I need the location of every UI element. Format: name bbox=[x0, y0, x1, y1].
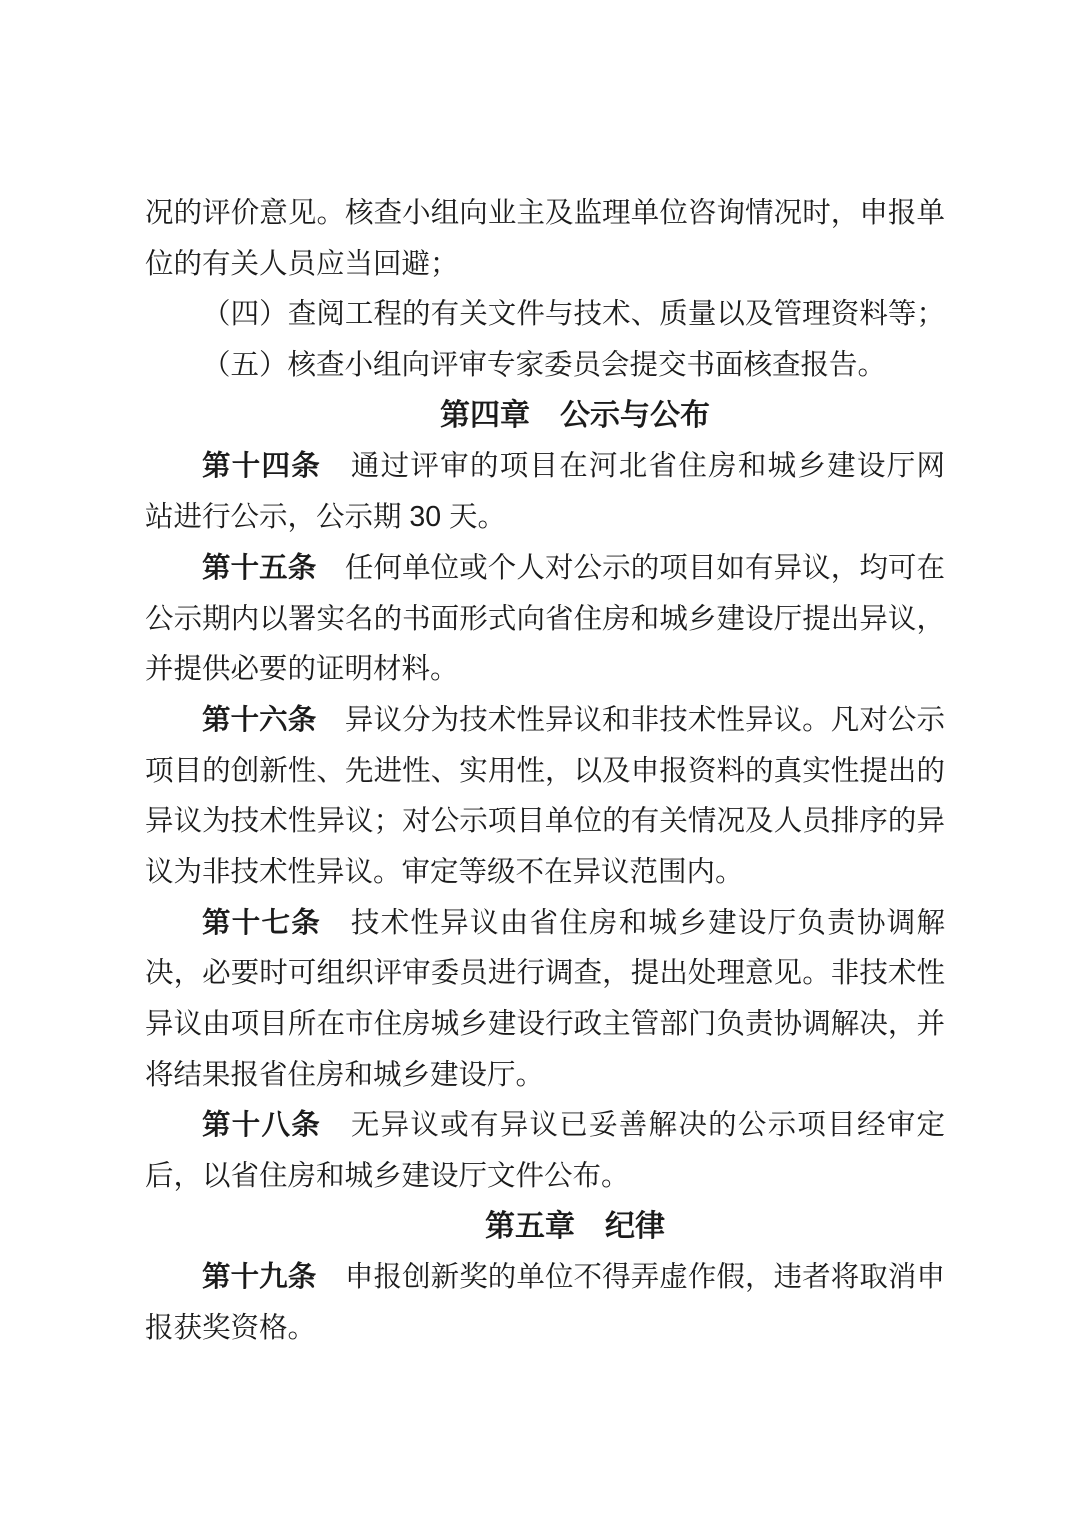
document-body: 况的评价意见。核查小组向业主及监理单位咨询情况时，申报单 位的有关人员应当回避；… bbox=[145, 188, 945, 1354]
doc-line: 公示期内以署实名的书面形式向省住房和城乡建设厅提出异议， bbox=[145, 594, 945, 645]
doc-line-item-4: （四）查阅工程的有关文件与技术、质量以及管理资料等； bbox=[145, 289, 945, 340]
doc-line-article-17: 第十七条 技术性异议由省住房和城乡建设厅负责协调解 bbox=[145, 898, 945, 949]
doc-line: 位的有关人员应当回避； bbox=[145, 239, 945, 290]
doc-line-article-15: 第十五条 任何单位或个人对公示的项目如有异议，均可在 bbox=[145, 543, 945, 594]
article-14-number: 第十四条 bbox=[202, 450, 321, 482]
chapter-heading-4: 第四章 公示与公布 bbox=[145, 391, 945, 442]
doc-line: 议为非技术性异议。审定等级不在异议范围内。 bbox=[145, 847, 945, 898]
doc-line-article-19: 第十九条 申报创新奖的单位不得弄虚作假，违者将取消申 bbox=[145, 1252, 945, 1303]
doc-line: 况的评价意见。核查小组向业主及监理单位咨询情况时，申报单 bbox=[145, 188, 945, 239]
article-17-number: 第十七条 bbox=[202, 907, 321, 939]
doc-line-item-5: （五）核查小组向评审专家委员会提交书面核查报告。 bbox=[145, 340, 945, 391]
doc-line: 将结果报省住房和城乡建设厅。 bbox=[145, 1050, 945, 1101]
article-19-text: 申报创新奖的单位不得弄虚作假，违者将取消申 bbox=[316, 1261, 945, 1293]
doc-line: 并提供必要的证明材料。 bbox=[145, 644, 945, 695]
doc-line-article-16: 第十六条 异议分为技术性异议和非技术性异议。凡对公示 bbox=[145, 695, 945, 746]
chapter-heading-5: 第五章 纪律 bbox=[145, 1202, 945, 1253]
article-14-text: 通过评审的项目在河北省住房和城乡建设厅网 bbox=[321, 450, 945, 482]
doc-line: 站进行公示，公示期 30 天。 bbox=[145, 492, 945, 543]
doc-line: 异议由项目所在市住房城乡建设行政主管部门负责协调解决，并 bbox=[145, 999, 945, 1050]
doc-line-article-18: 第十八条 无异议或有异议已妥善解决的公示项目经审定 bbox=[145, 1100, 945, 1151]
article-16-number: 第十六条 bbox=[202, 704, 316, 736]
article-17-text: 技术性异议由省住房和城乡建设厅负责协调解 bbox=[321, 907, 945, 939]
article-18-text: 无异议或有异议已妥善解决的公示项目经审定 bbox=[321, 1109, 945, 1141]
doc-line: 异议为技术性异议；对公示项目单位的有关情况及人员排序的异 bbox=[145, 796, 945, 847]
doc-line: 报获奖资格。 bbox=[145, 1303, 945, 1354]
article-15-text: 任何单位或个人对公示的项目如有异议，均可在 bbox=[316, 552, 945, 584]
document-page: 况的评价意见。核查小组向业主及监理单位咨询情况时，申报单 位的有关人员应当回避；… bbox=[0, 0, 1080, 1527]
article-19-number: 第十九条 bbox=[202, 1261, 316, 1293]
doc-line: 项目的创新性、先进性、实用性，以及申报资料的真实性提出的 bbox=[145, 746, 945, 797]
article-16-text: 异议分为技术性异议和非技术性异议。凡对公示 bbox=[316, 704, 945, 736]
article-18-number: 第十八条 bbox=[202, 1109, 321, 1141]
doc-line-article-14: 第十四条 通过评审的项目在河北省住房和城乡建设厅网 bbox=[145, 441, 945, 492]
doc-line: 后，以省住房和城乡建设厅文件公布。 bbox=[145, 1151, 945, 1202]
doc-line: 决，必要时可组织评审委员进行调查，提出处理意见。非技术性 bbox=[145, 948, 945, 999]
article-15-number: 第十五条 bbox=[202, 552, 316, 584]
